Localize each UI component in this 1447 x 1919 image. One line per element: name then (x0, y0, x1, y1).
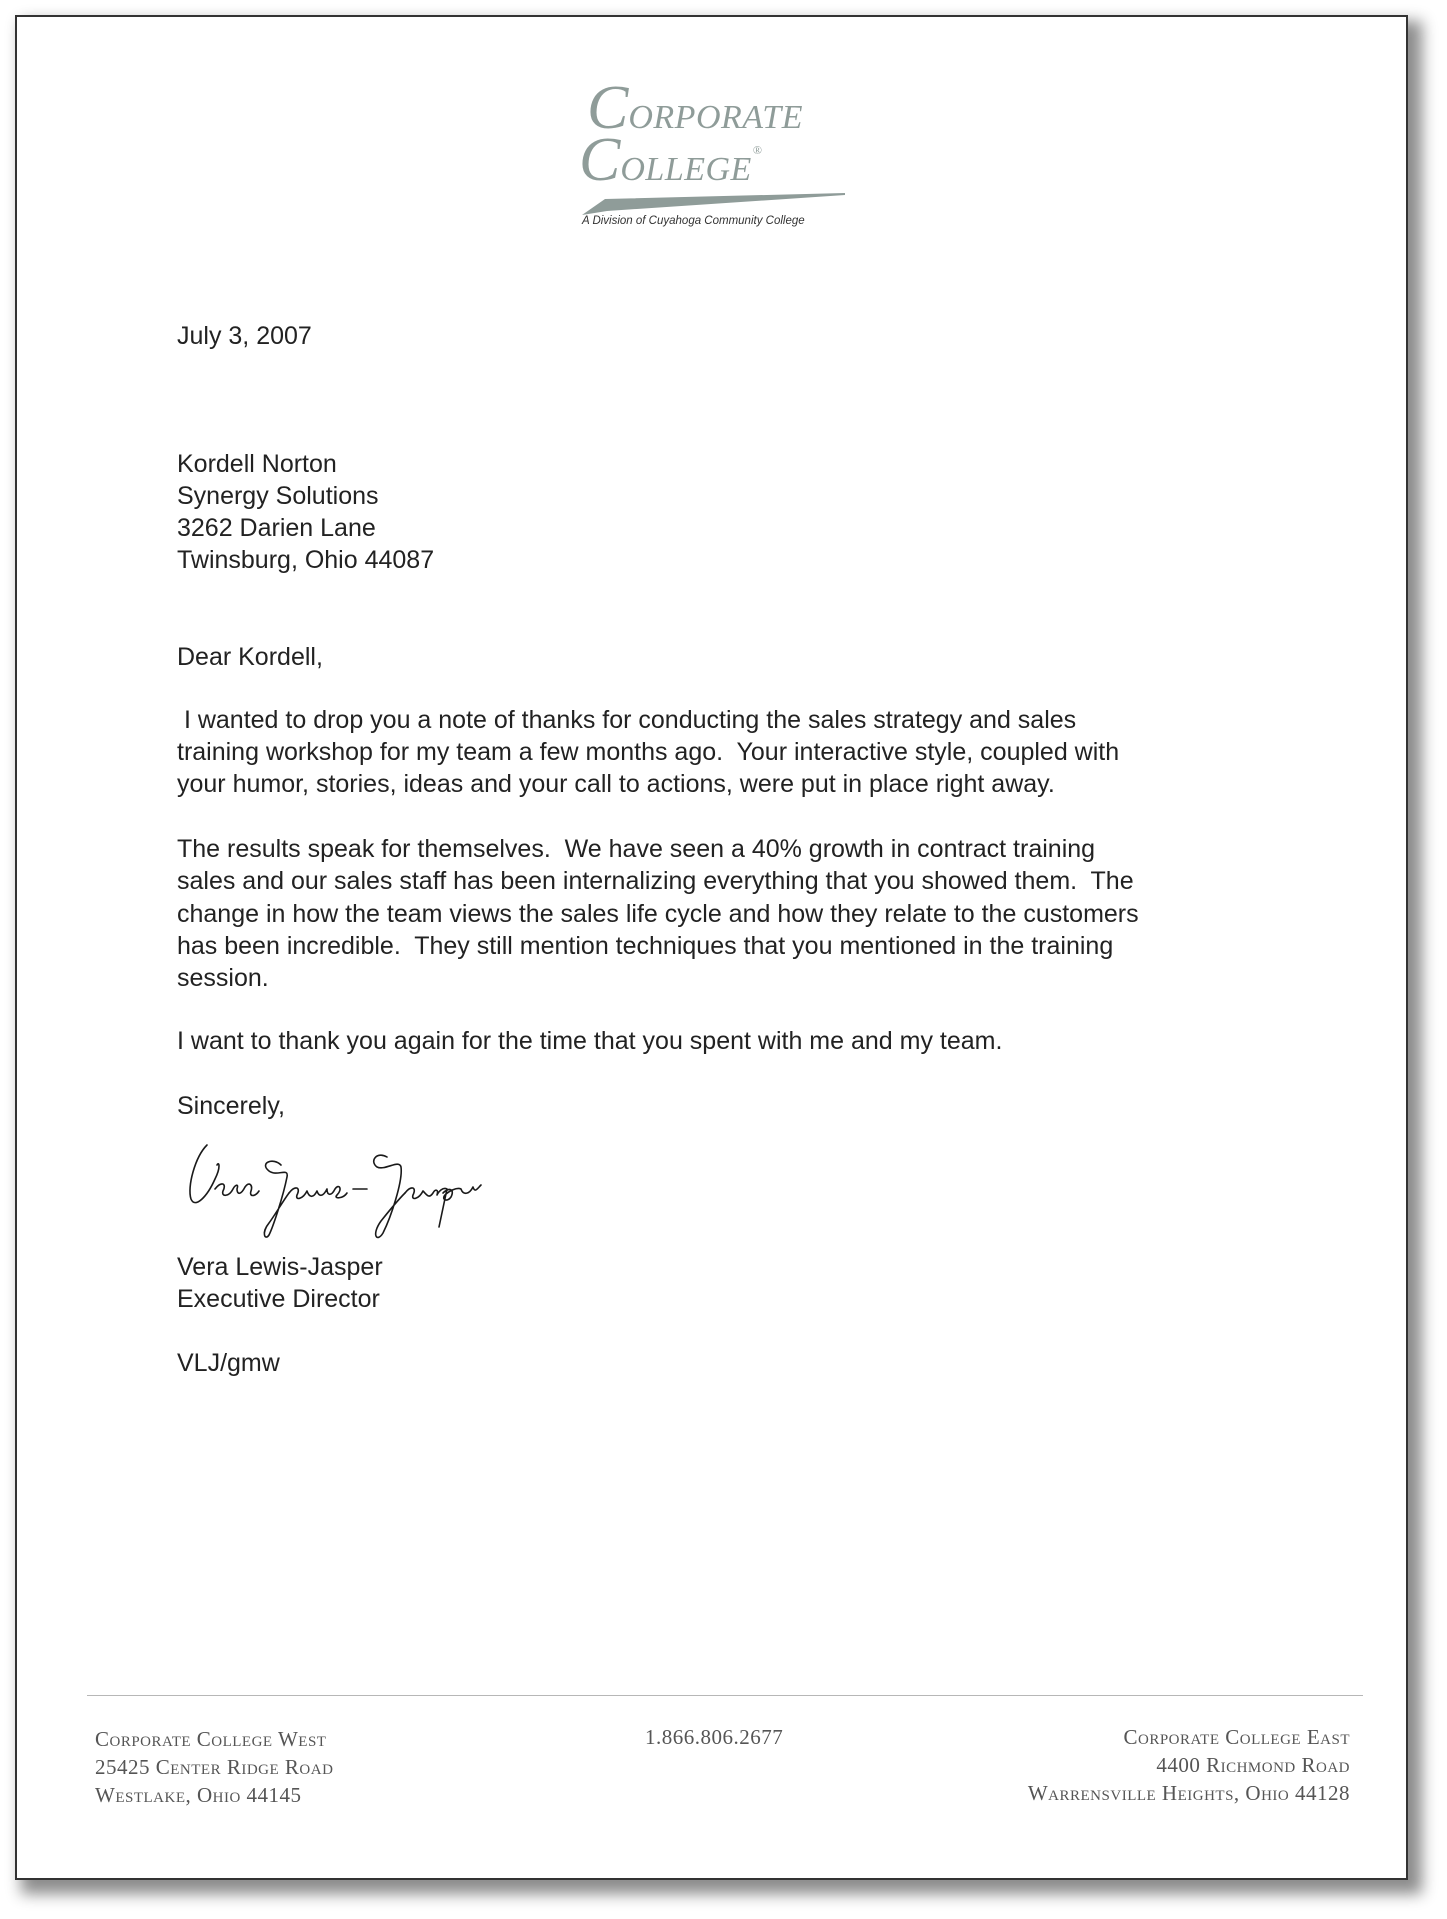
signer-title: Executive Director (177, 1283, 380, 1315)
footer-divider (87, 1695, 1363, 1696)
recipient-city: Twinsburg, Ohio 44087 (177, 544, 434, 576)
letter-page: CORPORATE COLLEGE® A Division of Cuyahog… (15, 15, 1408, 1880)
registered-mark: ® (753, 143, 762, 157)
footer-east-street: 4400 Richmond Road (1028, 1751, 1350, 1779)
recipient-name: Kordell Norton (177, 448, 337, 480)
paragraph-line: change in how the team views the sales l… (177, 898, 1139, 930)
logo-initial-c2: C (579, 126, 620, 194)
paragraph-line: has been incredible. They still mention … (177, 930, 1113, 962)
letter-date: July 3, 2007 (177, 320, 312, 352)
logo-tagline: A Division of Cuyahoga Community College (582, 215, 805, 227)
recipient-company: Synergy Solutions (177, 480, 379, 512)
closing: Sincerely, (177, 1090, 285, 1122)
logo-word-college: COLLEGE® (579, 129, 762, 191)
footer-east-address: Corporate College East 4400 Richmond Roa… (1028, 1723, 1350, 1807)
paragraph-line: I wanted to drop you a note of thanks fo… (177, 704, 1076, 736)
footer-west-address: Corporate College West 25425 Center Ridg… (95, 1725, 333, 1809)
paragraph-line: session. (177, 962, 269, 994)
footer-west-name: Corporate College West (95, 1725, 333, 1753)
paragraph-line: sales and our sales staff has been inter… (177, 865, 1134, 897)
salutation: Dear Kordell, (177, 641, 323, 673)
paragraph-line: your humor, stories, ideas and your call… (177, 768, 1055, 800)
signer-name: Vera Lewis-Jasper (177, 1251, 383, 1283)
handwritten-signature-icon (177, 1137, 517, 1247)
reference-initials: VLJ/gmw (177, 1347, 280, 1379)
paragraph-line: training workshop for my team a few mont… (177, 736, 1119, 768)
footer-phone: 1.866.806.2677 (645, 1725, 783, 1750)
paragraph-3: I want to thank you again for the time t… (177, 1025, 1002, 1057)
footer-east-city: Warrensville Heights, Ohio 44128 (1028, 1779, 1350, 1807)
footer-west-city: Westlake, Ohio 44145 (95, 1781, 333, 1809)
recipient-street: 3262 Darien Lane (177, 512, 376, 544)
footer-east-name: Corporate College East (1028, 1723, 1350, 1751)
logo-swoosh-icon (577, 187, 847, 217)
footer-west-street: 25425 Center Ridge Road (95, 1753, 333, 1781)
paragraph-line: The results speak for themselves. We hav… (177, 833, 1095, 865)
logo-text-ollege: OLLEGE (620, 151, 751, 188)
